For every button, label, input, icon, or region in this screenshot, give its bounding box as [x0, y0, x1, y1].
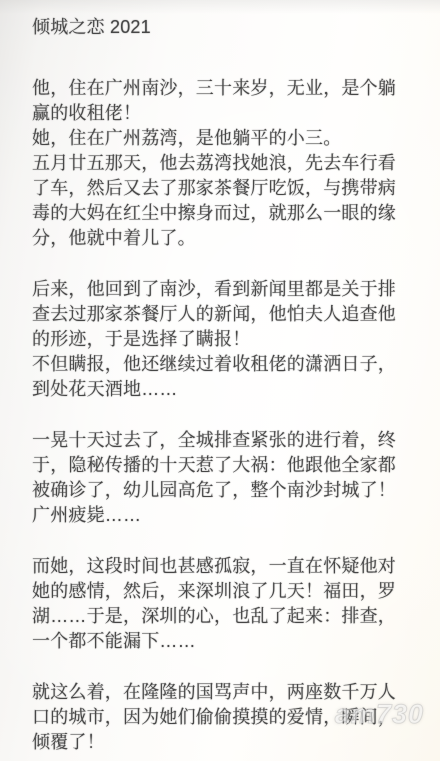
- text-line: 她，住在广州荔湾，是他躺平的小三。: [32, 126, 410, 151]
- text-line: 他，住在广州南沙，三十来岁，无业，是个躺赢的收租佬！: [32, 76, 410, 126]
- text-line: 不但瞒报，他还继续过着收租佬的潇洒日子，到处花天酒地……: [32, 352, 410, 402]
- paragraph: 后来，他回到了南沙，看到新闻里都是关于排查去过那家茶餐厅人的新闻，他怕夫人追查他…: [32, 277, 410, 402]
- text-line: 后来，他回到了南沙，看到新闻里都是关于排查去过那家茶餐厅人的新闻，他怕夫人追查他…: [32, 277, 410, 352]
- article: 倾城之恋 2021 他，住在广州南沙，三十来岁，无业，是个躺赢的收租佬！ 她，住…: [32, 15, 410, 755]
- article-title: 倾城之恋 2021: [32, 15, 410, 40]
- paragraph: 一晃十天过去了，全城排查紧张的进行着，终于，隐秘传播的十天惹了大祸：他跟他全家都…: [32, 428, 410, 528]
- text-line: 一晃十天过去了，全城排查紧张的进行着，终于，隐秘传播的十天惹了大祸：他跟他全家都…: [32, 428, 410, 528]
- paragraph: 他，住在广州南沙，三十来岁，无业，是个躺赢的收租佬！ 她，住在广州荔湾，是他躺平…: [32, 76, 410, 251]
- photo-background: 倾城之恋 2021 他，住在广州南沙，三十来岁，无业，是个躺赢的收租佬！ 她，住…: [0, 0, 440, 761]
- paragraph: 而她，这段时间也甚感孤寂，一直在怀疑他对她的感情，然后，来深圳浪了几天！福田，罗…: [32, 554, 410, 654]
- am730-watermark: am730: [335, 699, 424, 730]
- text-line: 而她，这段时间也甚感孤寂，一直在怀疑他对她的感情，然后，来深圳浪了几天！福田，罗…: [32, 554, 410, 654]
- text-line: 五月廿五那天，他去荔湾找她浪，先去车行看了车，然后又去了那家茶餐厅吃饭，与携带病…: [32, 151, 410, 251]
